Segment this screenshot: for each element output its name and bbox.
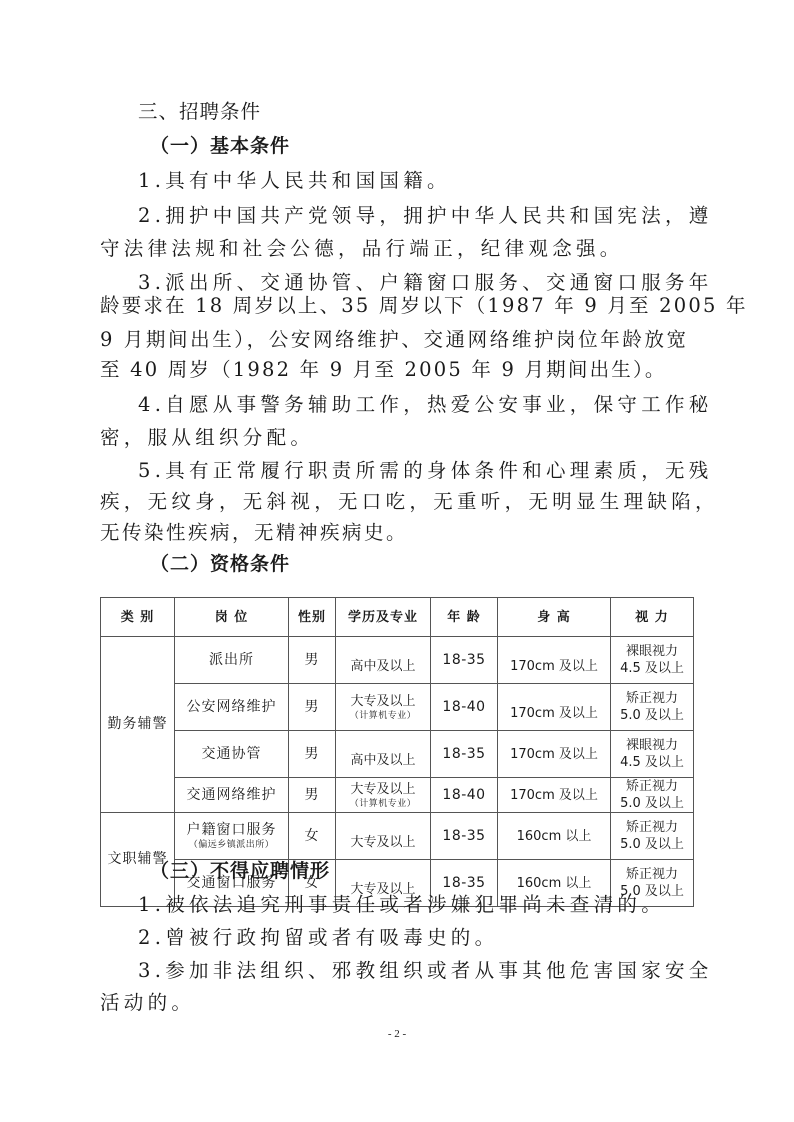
vision-value: 5.0 及以上 [620,796,684,811]
header-category: 类 别 [101,598,175,637]
education-note: （计算机专业） [336,798,430,810]
gender-cell: 女 [289,813,336,860]
education-cell: 高中及以上 [336,637,431,684]
basic-item-3-line-3: 9 月期间出生），公安网络维护、交通网络维护岗位年龄放宽 [100,327,694,353]
header-post: 岗 位 [175,598,289,637]
age-cell: 18-40 [431,684,498,731]
vision-cell: 裸眼视力4.5 及以上 [611,731,694,778]
gender-cell: 男 [289,731,336,778]
vision-value: 5.0 及以上 [620,708,684,723]
basic-item-4-line-1: 4.自愿从事警务辅助工作，热爱公安事业，保守工作秘 [138,392,732,418]
basic-item-5-line-3: 无传染性疾病，无精神疾病史。 [100,520,694,546]
table-row: 文职辅警 户籍窗口服务（偏远乡镇派出所） 女 大专及以上 18-35 160cm… [101,813,694,860]
heading-exclusions: （三）不得应聘情形 [150,858,744,884]
page-number: - 2 - [0,1028,794,1040]
height-cell: 160cm 以上 [498,813,611,860]
height-cell: 170cm 及以上 [498,731,611,778]
basic-item-3-line-2: 龄要求在 18 周岁以上、35 周岁以下（1987 年 9 月至 2005 年 [100,293,694,319]
education-cell: 大专及以上 [336,813,431,860]
vision-value: 5.0 及以上 [620,837,684,852]
exclusion-item-3-line-1: 3.参加非法组织、邪教组织或者从事其他危害国家安全 [138,958,732,984]
basic-item-2-line-1: 2.拥护中国共产党领导，拥护中华人民共和国宪法，遵 [138,203,732,229]
education-value: 大专及以上 [350,782,415,797]
height-cell: 170cm 及以上 [498,684,611,731]
vision-type: 矫正视力 [626,691,678,706]
education-note: （计算机专业） [336,710,430,722]
heading-qualification: （二）资格条件 [150,551,744,577]
table-row: 交通网络维护 男 大专及以上（计算机专业） 18-40 170cm 及以上 矫正… [101,778,694,813]
exclusion-item-1: 1.被依法追究刑事责任或者涉嫌犯罪尚未查清的。 [138,892,732,918]
post-cell: 交通网络维护 [175,778,289,813]
gender-cell: 男 [289,684,336,731]
age-cell: 18-40 [431,778,498,813]
post-cell: 派出所 [175,637,289,684]
vision-value: 4.5 及以上 [620,755,684,770]
age-cell: 18-35 [431,731,498,778]
vision-type: 矫正视力 [626,779,678,794]
vision-type: 矫正视力 [626,820,678,835]
vision-cell: 矫正视力5.0 及以上 [611,684,694,731]
age-cell: 18-35 [431,637,498,684]
post-cell: 公安网络维护 [175,684,289,731]
section-title: 三、招聘条件 [138,99,732,125]
post-value: 户籍窗口服务 [187,822,277,838]
gender-cell: 男 [289,637,336,684]
exclusion-item-2: 2.曾被行政拘留或者有吸毒史的。 [138,925,732,951]
header-gender: 性别 [289,598,336,637]
education-cell: 大专及以上（计算机专业） [336,684,431,731]
vision-value: 4.5 及以上 [620,661,684,676]
vision-type: 裸眼视力 [626,738,678,753]
table-row: 公安网络维护 男 大专及以上（计算机专业） 18-40 170cm 及以上 矫正… [101,684,694,731]
exclusion-item-3-line-2: 活动的。 [100,990,694,1016]
basic-item-4-line-2: 密，服从组织分配。 [100,425,694,451]
vision-cell: 矫正视力5.0 及以上 [611,778,694,813]
post-cell: 户籍窗口服务（偏远乡镇派出所） [175,813,289,860]
header-education: 学历及专业 [336,598,431,637]
age-cell: 18-35 [431,813,498,860]
category-cell: 勤务辅警 [101,637,175,813]
basic-item-5-line-2: 疾，无纹身，无斜视，无口吃，无重听，无明显生理缺陷， [100,489,694,515]
heading-basic-conditions: （一）基本条件 [150,133,744,159]
table-row: 勤务辅警 派出所 男 高中及以上 18-35 170cm 及以上 裸眼视力4.5… [101,637,694,684]
education-cell: 高中及以上 [336,731,431,778]
gender-cell: 男 [289,778,336,813]
basic-item-5-line-1: 5.具有正常履行职责所需的身体条件和心理素质，无残 [138,458,732,484]
post-cell: 交通协管 [175,731,289,778]
basic-item-3-line-4: 至 40 周岁（1982 年 9 月至 2005 年 9 月期间出生）。 [100,357,694,383]
header-age: 年 龄 [431,598,498,637]
education-cell: 大专及以上（计算机专业） [336,778,431,813]
vision-cell: 矫正视力5.0 及以上 [611,813,694,860]
basic-item-2-line-2: 守法律法规和社会公德，品行端正，纪律观念强。 [100,236,694,262]
header-vision: 视 力 [611,598,694,637]
vision-type: 裸眼视力 [626,644,678,659]
table-row: 交通协管 男 高中及以上 18-35 170cm 及以上 裸眼视力4.5 及以上 [101,731,694,778]
vision-cell: 裸眼视力4.5 及以上 [611,637,694,684]
height-cell: 170cm 及以上 [498,637,611,684]
post-note: （偏远乡镇派出所） [175,839,288,851]
header-height: 身 高 [498,598,611,637]
basic-item-1: 1.具有中华人民共和国国籍。 [138,168,732,194]
education-value: 大专及以上 [350,694,415,709]
table-header-row: 类 别 岗 位 性别 学历及专业 年 龄 身 高 视 力 [101,598,694,637]
height-cell: 170cm 及以上 [498,778,611,813]
